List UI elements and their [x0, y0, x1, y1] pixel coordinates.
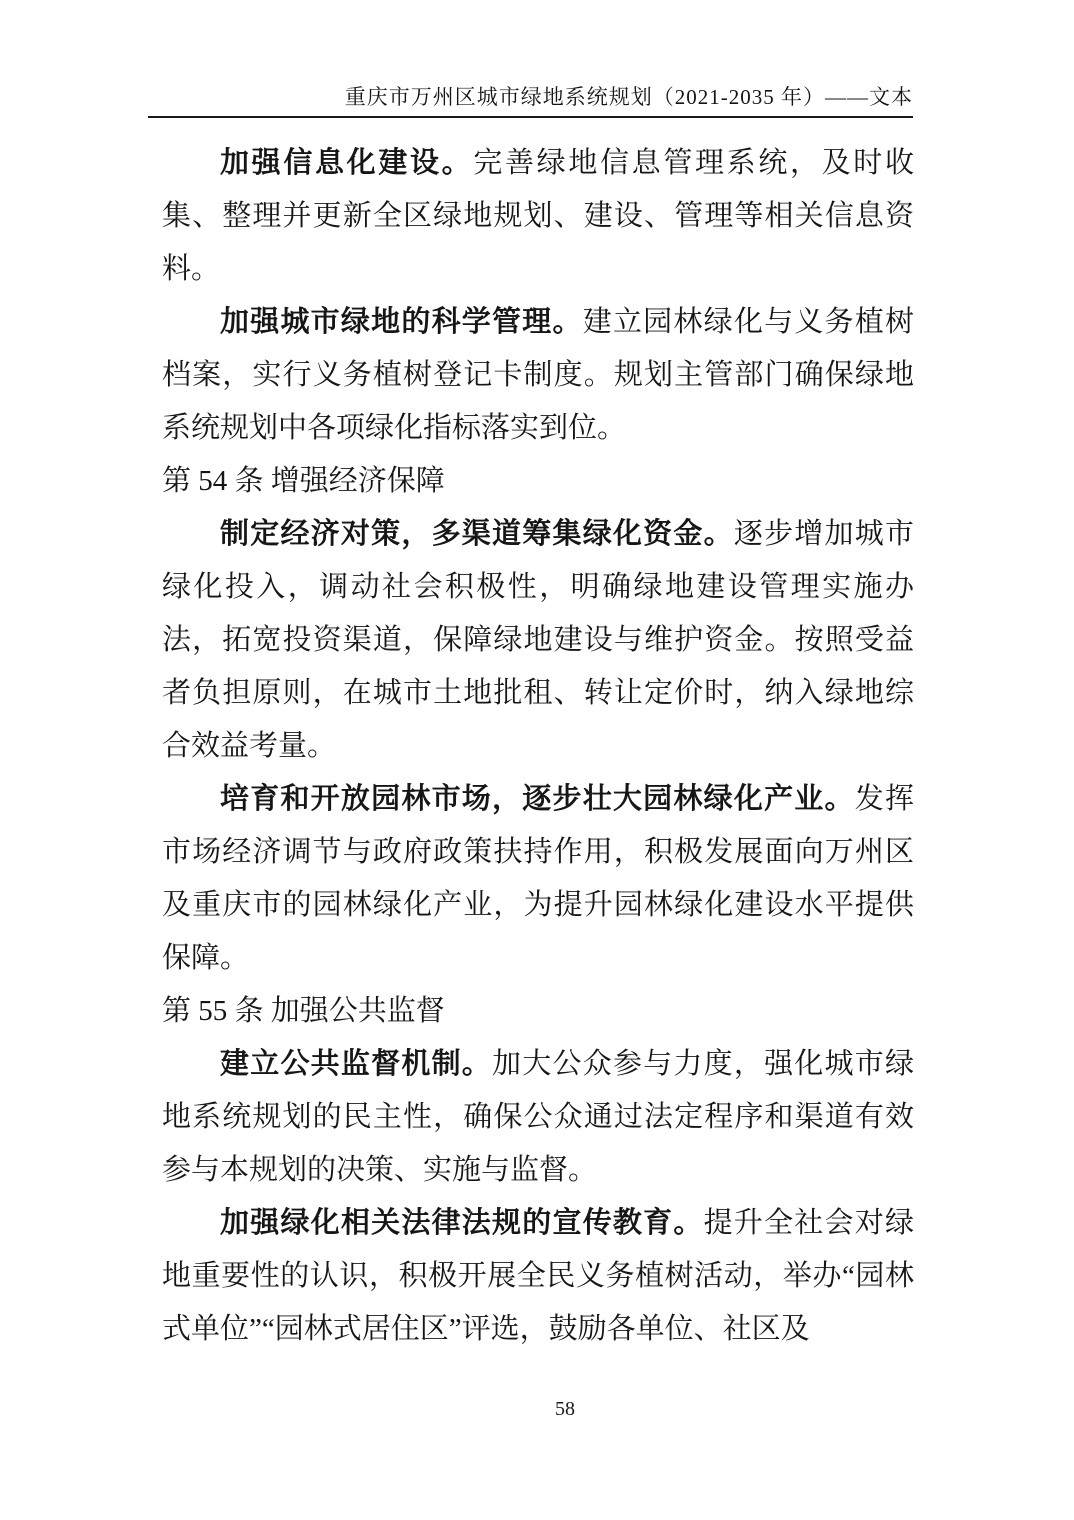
- paragraph-text: 逐步增加城市绿化投入，调动社会积极性，明确绿地建设管理实施办法，拓宽投资渠道，保…: [162, 518, 914, 762]
- paragraph: 加强信息化建设。完善绿地信息管理系统，及时收集、整理并更新全区绿地规划、建设、管…: [162, 137, 914, 296]
- document-body: 加强信息化建设。完善绿地信息管理系统，及时收集、整理并更新全区绿地规划、建设、管…: [162, 137, 914, 1356]
- article-heading-54: 第 54 条 增强经济保障: [162, 455, 914, 508]
- article-heading-55: 第 55 条 加强公共监督: [162, 985, 914, 1038]
- paragraph-lead: 加强城市绿地的科学管理。: [220, 306, 583, 338]
- paragraph: 培育和开放园林市场，逐步壮大园林绿化产业。发挥市场经济调节与政府政策扶持作用，积…: [162, 773, 914, 985]
- paragraph-lead: 建立公共监督机制。: [220, 1048, 492, 1080]
- paragraph: 制定经济对策，多渠道筹集绿化资金。逐步增加城市绿化投入，调动社会积极性，明确绿地…: [162, 508, 914, 773]
- page-number: 58: [555, 1398, 575, 1420]
- document-page: 重庆市万州区城市绿地系统规划（2021-2035 年）——文本 加强信息化建设。…: [0, 0, 1074, 1520]
- paragraph-lead: 加强绿化相关法律法规的宣传教育。: [220, 1207, 704, 1239]
- paragraph-lead: 培育和开放园林市场，逐步壮大园林绿化产业。: [220, 783, 855, 815]
- running-header-title: 重庆市万州区城市绿地系统规划（2021-2035 年）——文本: [148, 84, 913, 110]
- header-rule: [148, 116, 913, 118]
- paragraph: 建立公共监督机制。加大公众参与力度，强化城市绿地系统规划的民主性，确保公众通过法…: [162, 1038, 914, 1197]
- paragraph: 加强绿化相关法律法规的宣传教育。提升全社会对绿地重要性的认识，积极开展全民义务植…: [162, 1197, 914, 1356]
- page-footer: 58: [165, 1398, 965, 1421]
- paragraph-lead: 加强信息化建设。: [220, 147, 473, 179]
- paragraph-lead: 制定经济对策，多渠道筹集绿化资金。: [220, 518, 734, 550]
- paragraph: 加强城市绿地的科学管理。建立园林绿化与义务植树档案，实行义务植树登记卡制度。规划…: [162, 296, 914, 455]
